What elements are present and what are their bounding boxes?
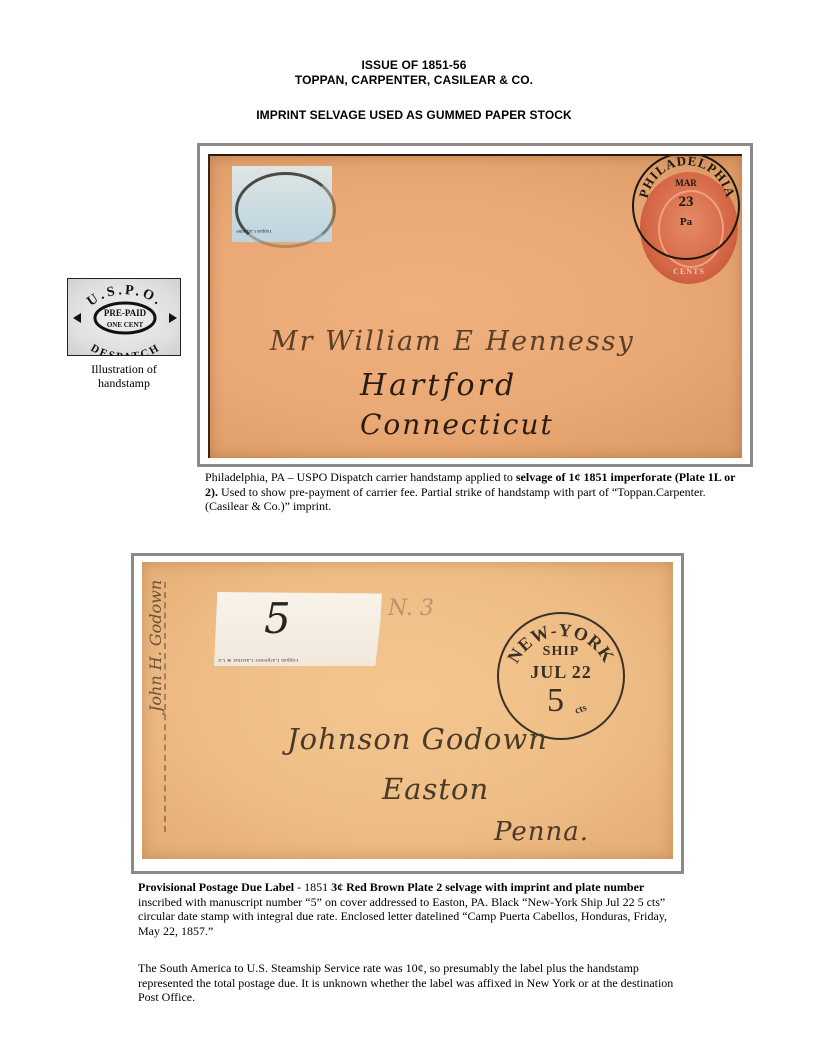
page-subtitle: IMPRINT SELVAGE USED AS GUMMED PAPER STO…	[6, 108, 816, 122]
address-name: Mr William E Hennessy	[270, 326, 635, 357]
address-state: Connecticut	[360, 408, 554, 441]
handstamp-illustration: U.S.P.O. DESPATCH PRE-PAID ONE CENT	[67, 278, 181, 356]
illustration-caption: Illustration of	[60, 362, 188, 376]
svg-text:ONE CENT: ONE CENT	[107, 321, 144, 329]
page-title-printer: TOPPAN, CARPENTER, CASILEAR & CO.	[6, 73, 816, 87]
manuscript-number: 5	[264, 594, 291, 643]
cover2-caption: Provisional Postage Due Label - 1851 3¢ …	[138, 880, 678, 938]
svg-text:U.S.P.O.: U.S.P.O.	[84, 283, 166, 310]
envelope: Toppan Carpenter CENTS PHILADELPHIA MAR …	[208, 154, 742, 458]
illustration-caption: handstamp	[60, 376, 188, 390]
pencil-note: N. 3	[388, 596, 434, 621]
address-city: Easton	[382, 772, 489, 806]
sender-docket: John H. Godown	[146, 580, 165, 712]
page-title-issue: ISSUE OF 1851-56	[6, 58, 816, 72]
svg-text:PHILADELPHIA: PHILADELPHIA	[636, 154, 738, 199]
label-imprint: Toppan Carpenter Casilear & Co	[218, 657, 299, 662]
postmark-new-york-ship: NEW-YORK SHIP JUL 22 5 cts	[497, 612, 625, 740]
address-state: Penna.	[494, 817, 589, 847]
handstamp-strike	[235, 172, 336, 248]
cover-image-new-york-ship: John H. Godown 5 Toppan Carpenter Casile…	[131, 553, 684, 874]
cover1-caption: Philadelphia, PA – USPO Dispatch carrier…	[205, 470, 750, 514]
address-name: Johnson Godown	[287, 722, 548, 756]
address-city: Hartford	[360, 368, 517, 403]
uspo-handstamp-icon: U.S.P.O. DESPATCH PRE-PAID ONE CENT	[68, 279, 181, 356]
docket-marks	[164, 582, 180, 832]
postage-due-label: 5 Toppan Carpenter Casilear & Co	[214, 592, 382, 666]
svg-text:PRE-PAID: PRE-PAID	[104, 308, 147, 318]
imprint-selvage: Toppan Carpenter	[232, 166, 332, 242]
cover2-note: The South America to U.S. Steamship Serv…	[138, 961, 678, 1005]
envelope: John H. Godown 5 Toppan Carpenter Casile…	[142, 562, 673, 859]
selvage-imprint: Toppan Carpenter	[236, 228, 272, 233]
svg-text:DESPATCH: DESPATCH	[88, 342, 161, 356]
postmark-philadelphia: PHILADELPHIA MAR 23 Pa	[632, 154, 740, 260]
cover-image-philadelphia: Toppan Carpenter CENTS PHILADELPHIA MAR …	[197, 143, 753, 467]
